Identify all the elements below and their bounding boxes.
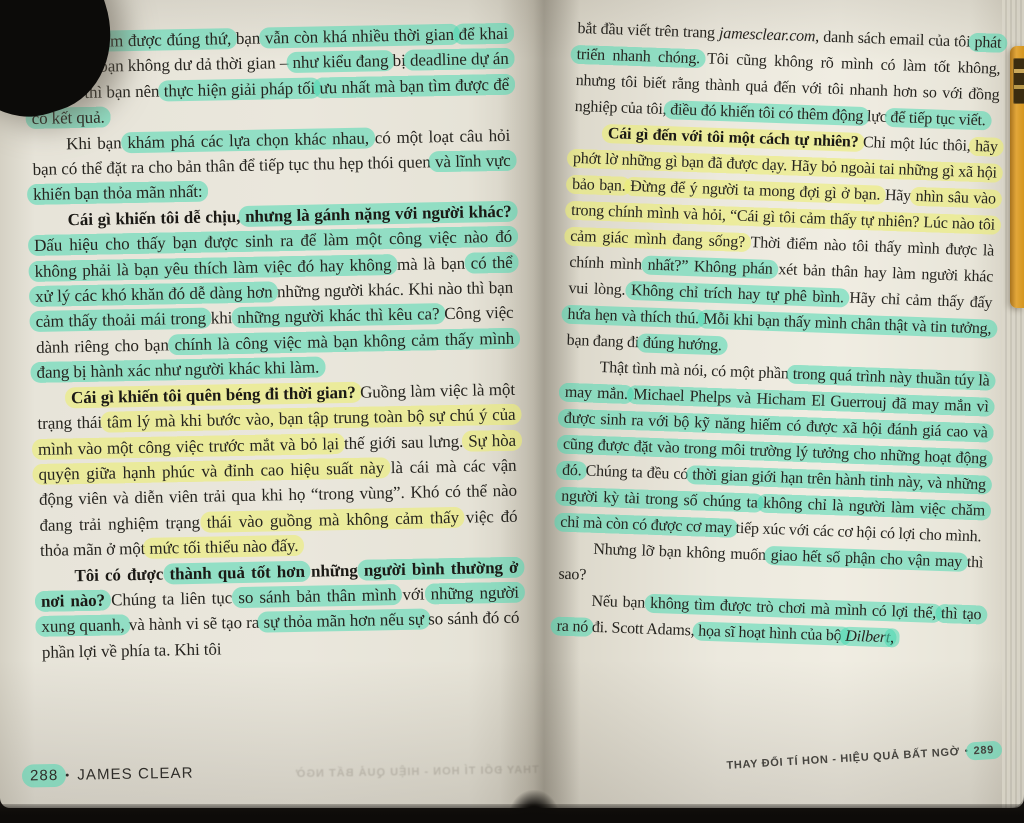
left-running-head: JAMES CLEAR [77, 765, 194, 784]
highlighted-text: nhưng là gánh nặng với người khác? [239, 201, 518, 227]
highlighted-text: những người khác thì kêu ca? [231, 304, 446, 329]
text-run: bạn đang đi [566, 332, 643, 352]
text-run: Chúng ta đều có [581, 462, 692, 483]
paragraph: Thật tình mà nói, có một phần trong quá … [560, 354, 990, 551]
paragraph: Cái gì khiến tôi dễ chịu, nhưng là gánh … [33, 199, 514, 386]
paragraph: Cái gì đến với tôi một cách tự nhiên? Ch… [566, 120, 998, 369]
highlighted-text: mức tối thiểu nào đấy. [143, 535, 304, 559]
text-run: và hành vi sẽ tạo ra [124, 613, 263, 635]
highlighted-text: so sánh bản thân mình [232, 584, 402, 608]
highlighted-text: vẫn còn khá nhiều thời gian [259, 24, 460, 49]
text-run: đi. Scott Adams, [588, 619, 699, 640]
highlighted-text: điều đó khiến tôi có thêm động [664, 100, 870, 126]
text-run: Hãy chỉ cảm thấy đấy [843, 289, 992, 311]
bookmark-label [1013, 58, 1024, 104]
left-page-footer: 288•JAMES CLEAR [30, 765, 194, 785]
highlighted-text: họa sĩ hoạt hình của bộ [692, 621, 852, 646]
highlighted-text: đúng hướng. [637, 333, 729, 355]
paragraph: Cái gì khiến tôi quên béng đi thời gian?… [37, 376, 518, 563]
left-page-text: bởi vì khi tìm được đúng thứ, bạn vẫn cò… [30, 21, 520, 665]
text-run: Tôi có được [74, 564, 169, 585]
orange-bookmark [1010, 46, 1024, 308]
paragraph: Khi bạn khám phá các lựa chọn khác nhau,… [32, 122, 511, 207]
highlighted-text: Cái gì đến với tôi một cách tự nhiên? [602, 124, 865, 152]
text-run: Nếu bạn [591, 593, 650, 612]
text-run: những [305, 560, 364, 580]
right-running-head: THAY ĐỔI TÍ HON - HIỆU QUẢ BẤT NGỜ [726, 746, 960, 772]
text-run: Chỉ một lúc thôi, [858, 134, 975, 155]
open-book: bởi vì khi tìm được đúng thứ, bạn vẫn cò… [0, 0, 1024, 808]
highlighted-text: khám phá các lựa chọn khác nhau, [121, 127, 375, 153]
text-run: Thật tình mà nói, có một phần [599, 359, 793, 383]
right-page-text: bắt đầu viết trên trang jamesclear.com, … [556, 16, 1002, 654]
highlighted-text: Không chỉ trích hay tự phê bình. [625, 281, 850, 308]
highlighted-text: giao hết số phận cho vận may [764, 546, 968, 572]
highlighted-text: Mỗi khi bạn thấy mình chân thật và tin t… [697, 309, 998, 338]
text-run: , danh sách email của tôi [815, 28, 975, 51]
text-run: những người khác. Khi nào thì bạn [272, 278, 513, 302]
paragraph: bắt đầu viết trên trang jamesclear.com, … [574, 16, 1001, 135]
highlighted-text: , [884, 628, 900, 648]
book-photo: bởi vì khi tìm được đúng thứ, bạn vẫn cò… [0, 0, 1024, 823]
table-surface [0, 804, 1024, 823]
text-run: tiếp xúc với các cơ hội có lợi cho mình. [732, 520, 982, 546]
text-run: mà là bạn [391, 253, 471, 274]
text-run: Chúng ta liên tục [105, 588, 239, 610]
text-run: Cái gì khiến tôi dễ chịu, [67, 207, 245, 229]
paragraph: Tôi có được thành quả tốt hơn những ngườ… [40, 554, 520, 665]
right-page-footer: THAY ĐỔI TÍ HON - HIỆU QUẢ BẤT NGỜ•289 [570, 744, 994, 781]
highlighted-text: cảm thấy thoải mái trong [29, 308, 212, 332]
highlighted-text: thành quả tốt hơn [163, 560, 311, 584]
footer-separator-icon: • [65, 770, 70, 782]
highlighted-text: nhất?” Không phán [641, 255, 779, 279]
text-run: Nhưng lỡ bạn không muốn [593, 541, 771, 564]
highlighted-text: Đừng để ý người ta mong đợi gì ở bạn. [624, 177, 887, 205]
left-page-number: 288 [22, 764, 67, 788]
highlighted-text: hứa hẹn và thích thú. [561, 305, 705, 329]
text-run: bắt đầu viết trên trang [577, 20, 719, 42]
highlighted-text: Cái gì khiến tôi quên béng đi thời gian? [65, 381, 362, 408]
highlighted-text: sự thỏa mãn hơn nếu sự [257, 609, 430, 633]
right-page-number: 289 [965, 741, 1002, 761]
text-run: jamesclear.com [719, 25, 816, 45]
text-run: thế giới sau lưng. [339, 431, 469, 452]
highlighted-text: thực hiện giải pháp tối [158, 77, 322, 101]
highlighted-text: thái vào guồng mà không cảm thấy [201, 506, 466, 532]
text-run: Khi bạn [66, 133, 128, 153]
highlighted-text: để tiếp tục viết. [884, 108, 992, 131]
highlighted-text: như kiểu đang [286, 50, 394, 73]
